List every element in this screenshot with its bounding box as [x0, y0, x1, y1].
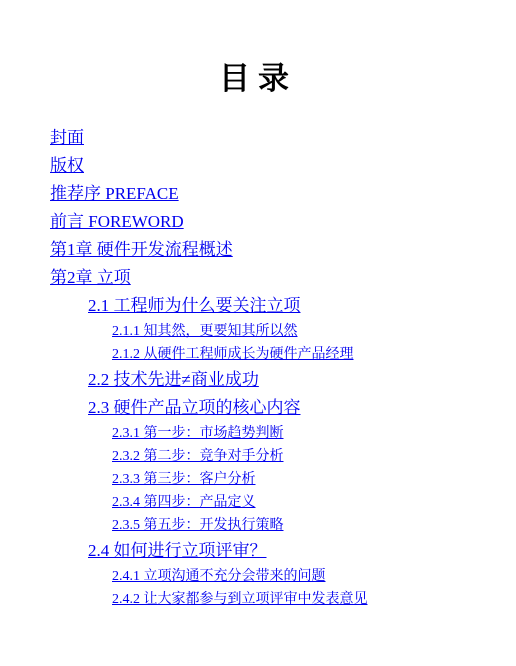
toc-link-section-2-4-1[interactable]: 2.4.1 立项沟通不充分会带来的问题	[112, 569, 326, 584]
toc-link-chapter-1[interactable]: 第1章 硬件开发流程概述	[50, 240, 233, 259]
toc-row: 2.1 工程师为什么要关注立项	[88, 292, 516, 320]
toc-link-section-2-3-1[interactable]: 2.3.1 第一步：市场趋势判断	[112, 426, 284, 441]
toc-link-section-2-4[interactable]: 2.4 如何进行立项评审？	[88, 541, 267, 560]
toc-row: 2.3.1 第一步：市场趋势判断	[112, 422, 516, 445]
toc-row: 推荐序 PREFACE	[50, 180, 516, 208]
toc-row: 2.3.4 第四步：产品定义	[112, 491, 516, 514]
toc-link-section-2-3-5[interactable]: 2.3.5 第五步：开发执行策略	[112, 518, 284, 533]
toc-link-section-2-3-4[interactable]: 2.3.4 第四步：产品定义	[112, 495, 256, 510]
toc-row: 2.4.1 立项沟通不充分会带来的问题	[112, 565, 516, 588]
toc-row: 第2章 立项	[50, 264, 516, 292]
page-title: 目录	[0, 0, 516, 101]
toc-row: 2.1.1 知其然，更要知其所以然	[112, 320, 516, 343]
toc-link-section-2-4-2[interactable]: 2.4.2 让大家都参与到立项评审中发表意见	[112, 592, 368, 607]
toc-row: 2.3.3 第三步：客户分析	[112, 468, 516, 491]
toc-link-section-2-2[interactable]: 2.2 技术先进≠商业成功	[88, 370, 259, 389]
toc-link-section-2-1[interactable]: 2.1 工程师为什么要关注立项	[88, 296, 301, 315]
toc-row: 封面	[50, 124, 516, 152]
toc-row: 2.2 技术先进≠商业成功	[88, 366, 516, 394]
toc-link-section-2-3[interactable]: 2.3 硬件产品立项的核心内容	[88, 398, 301, 417]
toc-link-foreword[interactable]: 前言 FOREWORD	[50, 212, 184, 231]
toc-row: 2.4 如何进行立项评审？	[88, 537, 516, 565]
toc-link-cover[interactable]: 封面	[50, 128, 84, 147]
toc-row: 2.3 硬件产品立项的核心内容	[88, 394, 516, 422]
toc-row: 2.4.2 让大家都参与到立项评审中发表意见	[112, 588, 516, 611]
toc-list: 封面 版权 推荐序 PREFACE 前言 FOREWORD 第1章 硬件开发流程…	[0, 124, 516, 611]
toc-link-section-2-1-2[interactable]: 2.1.2 从硬件工程师成长为硬件产品经理	[112, 347, 354, 362]
toc-page: 目录 封面 版权 推荐序 PREFACE 前言 FOREWORD 第1章 硬件开…	[0, 0, 516, 666]
toc-row: 前言 FOREWORD	[50, 208, 516, 236]
toc-row: 第1章 硬件开发流程概述	[50, 236, 516, 264]
toc-link-section-2-3-2[interactable]: 2.3.2 第二步：竞争对手分析	[112, 449, 284, 464]
toc-row: 2.3.2 第二步：竞争对手分析	[112, 445, 516, 468]
toc-link-chapter-2[interactable]: 第2章 立项	[50, 268, 131, 287]
toc-row: 2.3.5 第五步：开发执行策略	[112, 514, 516, 537]
toc-link-section-2-1-1[interactable]: 2.1.1 知其然，更要知其所以然	[112, 324, 298, 339]
toc-row: 版权	[50, 152, 516, 180]
toc-link-copyright[interactable]: 版权	[50, 156, 84, 175]
toc-link-section-2-3-3[interactable]: 2.3.3 第三步：客户分析	[112, 472, 256, 487]
toc-row: 2.1.2 从硬件工程师成长为硬件产品经理	[112, 343, 516, 366]
toc-link-preface[interactable]: 推荐序 PREFACE	[50, 184, 179, 203]
